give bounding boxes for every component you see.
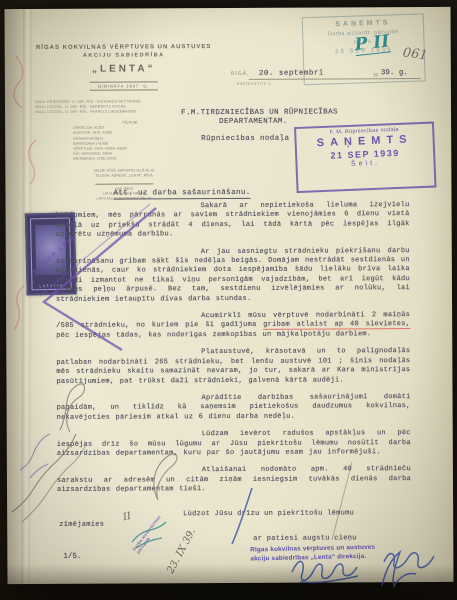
address-block: VALDE: RĪGĀ, MĀRUPES IELĀ № 10. TELEGR. … bbox=[21, 168, 227, 179]
company-name-line1: RĪGAS KOKVILNAS VĒRPTUVES UN AUSTUVES bbox=[21, 44, 227, 51]
received-stamp-fm-rupniecibas: F. M. Rūpniecības nodaļa SAŅEMTS 21 SEP … bbox=[294, 122, 437, 194]
paragraph: Lūdzam ievērot radušos apstākļus un pēc … bbox=[57, 429, 411, 459]
typist-reference: 1/5. bbox=[63, 553, 81, 561]
recipient-line2: DEPARTAMENTAM. bbox=[219, 118, 288, 126]
red-underlined-text: gribam atlaist ap 40 sievietes, bbox=[263, 321, 410, 331]
telegraph-address: TELEGR. ADRESE: „LENTA“, RĪGA. bbox=[21, 173, 227, 179]
paragraph: Atlaišanai nodomāto apm. 40 strādnieču s… bbox=[57, 465, 411, 495]
handwritten-pencil-mark: II bbox=[122, 511, 132, 523]
closing-sign-word: zīmējamies bbox=[59, 521, 104, 529]
recipient-line1: F.M.TIRDZNIECĪBAS UN RŪPNIECĪBAS bbox=[181, 108, 338, 117]
paragraph: Ar jau sasniegtu strādnieku piekrišanu d… bbox=[56, 247, 410, 305]
paragraph: Aprādītie darbības sašaurinājumi domāti … bbox=[57, 393, 411, 423]
handwritten-date: 23. IX 39. bbox=[165, 527, 198, 576]
paragraph: Plataustuvē, krāsotavā un to palīgnodaļā… bbox=[56, 347, 410, 386]
phone-line: BRŪKMANIS: 2788, 23787 bbox=[73, 156, 227, 162]
handwritten-teal-mark: P II bbox=[354, 31, 391, 55]
teal-mark-text: P II bbox=[354, 31, 391, 56]
letterhead: RĪGAS KOKVILNAS VĒRPTUVES UN AUSTUVES AK… bbox=[21, 44, 228, 202]
company-name-line2: AKCIJU SABIEDRĪBA bbox=[21, 52, 227, 59]
direkcija-stamp: Rīgas kokvilnas vērptuves un austuves ak… bbox=[250, 542, 436, 563]
phones-block: TĀĻRUŅI: DIREKCIJA: 41303 AUSTUVE: 4978,… bbox=[21, 120, 227, 163]
po-box: PASTKASTĪTE 2. bbox=[237, 82, 273, 86]
paragraph: Acumirklī mūsu vērptuvē nodarbināti 2 ma… bbox=[56, 311, 410, 341]
paragraph-text: pēc iespējas tādas, kas noderīgas zemkop… bbox=[56, 330, 371, 340]
founded-line: DIBINĀTA 1897. G. bbox=[90, 81, 157, 90]
subject-line: Att. uz darba sašaurināšanu. bbox=[113, 189, 250, 200]
handwritten-file-number: 061 bbox=[402, 45, 429, 63]
letterhead-divider bbox=[95, 183, 153, 184]
dateline-place: RĪGĀ, bbox=[231, 71, 250, 77]
stamp-line: SAŅEMTS bbox=[303, 18, 423, 29]
recipient-line3: Rūpniecības nodaļa bbox=[201, 135, 289, 143]
scanned-letter-photo: RĪGAS KOKVILNAS VĒRPTUVES UN AUSTUVES AK… bbox=[0, 0, 457, 600]
letter-body: Sakarā ar nepietiekoša lieluma izejvielu… bbox=[56, 201, 412, 503]
paragraph: Sakarā ar nepietiekoša lieluma izejvielu… bbox=[56, 201, 410, 240]
letter-sheet: RĪGAS KOKVILNAS VĒRPTUVES UN AUSTUVES AK… bbox=[4, 7, 453, 584]
darba-parvalde-small-stamp: Darba aizsardzības pārvaldē bbox=[131, 514, 166, 555]
closing-request: Lūdzot Jūsu drīzu un piekrītošu lēmumu bbox=[183, 509, 354, 518]
valediction: ar patiesi augstu cieņu bbox=[253, 534, 357, 543]
